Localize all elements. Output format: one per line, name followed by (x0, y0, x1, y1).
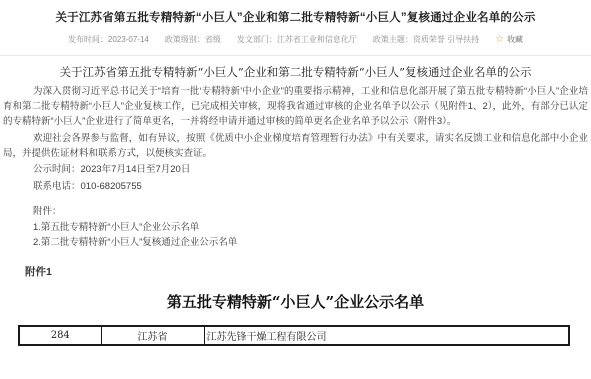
company-region-cell: 江苏省 (101, 326, 204, 345)
meta-row: 发布时间：2023-07-14 政策级别：省级 发文部门：江苏省工业和信息化厅 … (0, 34, 591, 45)
policy-topic: 政策主题：资质荣誉 引导扶持 (373, 34, 479, 45)
paragraph-supervision: 欢迎社会各界参与监督，如有异议，按照《优质中小企业梯度培育管理暂行办法》中有关要… (3, 131, 588, 161)
company-number-cell: 284 (19, 326, 101, 345)
header-divider (0, 55, 591, 56)
attachment1-title: 第五批专精特新“小巨人”企业公示名单 (0, 291, 591, 312)
favorite-label: 收藏 (507, 34, 523, 45)
publish-time: 发布时间：2023-07-14 (68, 34, 149, 45)
page-title: 关于江苏省第五批专精特新“小巨人”企业和第二批专精特新“小巨人”复核通过企业名单… (0, 9, 591, 25)
company-name-cell: 江苏先锋干燥工程有限公司 (204, 326, 569, 345)
company-table: 284 江苏省 江苏先锋干燥工程有限公司 (18, 325, 570, 346)
issuing-department: 发文部门：江苏省工业和信息化厅 (237, 34, 357, 45)
attachment1-section: 附件1 第五批专精特新“小巨人”企业公示名单 284 江苏省 江苏先锋干燥工程有… (0, 264, 591, 346)
star-outline-icon: ☆ (495, 36, 504, 44)
attachment-item-1: 1.第五批专精特新“小巨人”企业公示名单 (3, 220, 588, 235)
announcement-header: 关于江苏省第五批专精特新“小巨人”企业和第二批专精特新“小巨人”复核通过企业名单… (0, 0, 591, 56)
policy-level: 政策级别：省级 (165, 34, 221, 45)
publicity-period: 公示时间：2023年7月14日至7月20日 (3, 161, 588, 178)
attachments-label: 附件： (3, 203, 588, 220)
favorite-button[interactable]: ☆ 收藏 (495, 34, 523, 45)
attachment1-label: 附件1 (0, 264, 591, 279)
document-title: 关于江苏省第五批专精特新“小巨人”企业和第二批专精特新“小巨人”复核通过企业名单… (3, 64, 588, 80)
document-body: 关于江苏省第五批专精特新“小巨人”企业和第二批专精特新“小巨人”复核通过企业名单… (0, 64, 591, 250)
attachment-item-2: 2.第二批专精特新“小巨人”复核通过企业公示名单 (3, 235, 588, 250)
paragraph-intro: 为深入贯彻习近平总书记关于“培育一批‘专精特新’中小企业”的重要指示精神，工业和… (3, 84, 588, 129)
contact-phone: 联系电话：010-68205755 (3, 178, 588, 195)
table-row: 284 江苏省 江苏先锋干燥工程有限公司 (19, 326, 569, 345)
announcement-page: 关于江苏省第五批专精特新“小巨人”企业和第二批专精特新“小巨人”复核通过企业名单… (0, 0, 591, 379)
